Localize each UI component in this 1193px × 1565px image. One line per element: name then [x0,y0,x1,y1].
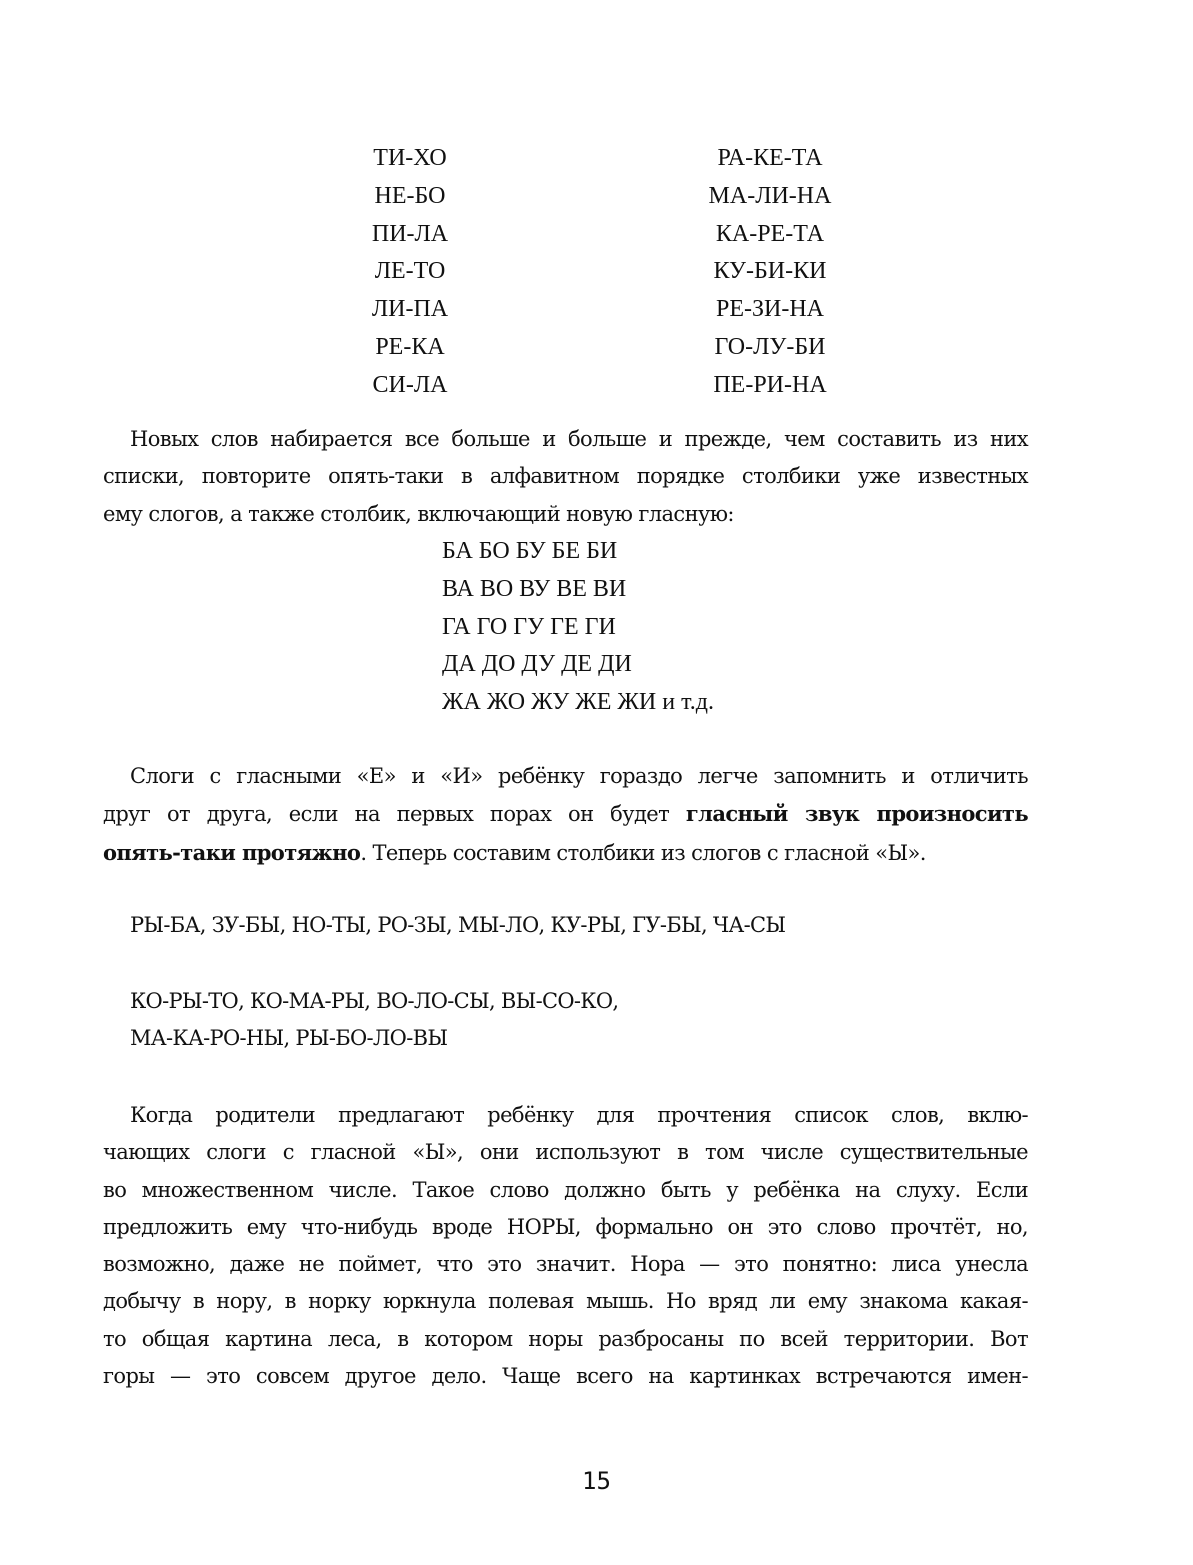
word-item: СИ-ЛА [310,367,510,405]
syllable-row: ЖА ЖО ЖУ ЖЕ ЖИ и т.д. [442,684,714,722]
syllable-table: БА БО БУ БЕ БИ ВА ВО ВУ ВЕ ВИ ГА ГО ГУ Г… [442,533,714,722]
text-line: Новых слов набирается все больше и больш… [103,421,1028,458]
word-item: ПИ-ЛА [310,216,510,254]
plain-text: . Теперь составим столбики из слогов с г… [360,841,926,865]
word-item: РЕ-КА [310,329,510,367]
example-words-line: МА-КА-РО-НЫ, РЫ-БО-ЛО-ВЫ [130,1020,447,1057]
paragraph-plural-nouns: Когда родители предлагают ребёнку для пр… [103,1097,1028,1395]
text-line: добычу в нору, в норку юркнула полевая м… [103,1283,1028,1320]
example-words-line: РЫ-БА, ЗУ-БЫ, НО-ТЫ, РО-ЗЫ, МЫ-ЛО, КУ-РЫ… [130,907,785,944]
word-item: КА-РЕ-ТА [620,216,920,254]
word-column-three-syllable: РА-КЕ-ТА МА-ЛИ-НА КА-РЕ-ТА КУ-БИ-КИ РЕ-З… [620,140,920,405]
bold-emphasis: опять-таки протяжно [103,840,360,865]
text-line: опять-таки протяжно. Теперь составим сто… [103,834,1028,872]
word-column-two-syllable: ТИ-ХО НЕ-БО ПИ-ЛА ЛЕ-ТО ЛИ-ПА РЕ-КА СИ-Л… [310,140,510,405]
syllable-row: БА БО БУ БЕ БИ [442,533,714,571]
word-item: РЕ-ЗИ-НА [620,291,920,329]
word-item: ГО-ЛУ-БИ [620,329,920,367]
bold-emphasis: гласный звук произносить [686,801,1028,826]
word-item: ПЕ-РИ-НА [620,367,920,405]
word-item: ТИ-ХО [310,140,510,178]
text-line: возможно, даже не поймет, что это значит… [103,1246,1028,1283]
text-line: Когда родители предлагают ребёнку для пр… [103,1097,1028,1134]
text-line: чающих слоги с гласной «Ы», они использу… [103,1134,1028,1171]
book-page: ТИ-ХО НЕ-БО ПИ-ЛА ЛЕ-ТО ЛИ-ПА РЕ-КА СИ-Л… [0,0,1193,1565]
text-line: списки, повторите опять-таки в алфавитно… [103,458,1028,495]
example-words-line: КО-РЫ-ТО, КО-МА-РЫ, ВО-ЛО-СЫ, ВЫ-СО-КО, [130,983,618,1020]
plain-text: друг от друга, если на первых порах он б… [103,802,686,826]
syllable-row: ГА ГО ГУ ГЕ ГИ [442,609,714,647]
text-line: друг от друга, если на первых порах он б… [103,795,1028,833]
page-number: 15 [0,1467,1193,1495]
paragraph-new-words: Новых слов набирается все больше и больш… [103,421,1028,533]
etc-text: и т.д. [662,689,714,715]
syllable-row: ВА ВО ВУ ВЕ ВИ [442,571,714,609]
text-line: то общая картина леса, в котором норы ра… [103,1321,1028,1358]
text-line: ему слогов, а также столбик, включающий … [103,496,1028,533]
word-item: КУ-БИ-КИ [620,253,920,291]
word-item: МА-ЛИ-НА [620,178,920,216]
word-item: НЕ-БО [310,178,510,216]
text-line: во множественном числе. Такое слово долж… [103,1172,1028,1209]
text-line: предложить ему что-нибудь вроде НОРЫ, фо… [103,1209,1028,1246]
syllable-row: ДА ДО ДУ ДЕ ДИ [442,646,714,684]
paragraph-vowels: Слоги с гласными «Е» и «И» ребёнку гораз… [103,758,1028,872]
syllable-row-text: ЖА ЖО ЖУ ЖЕ ЖИ [442,689,656,715]
word-item: РА-КЕ-ТА [620,140,920,178]
word-item: ЛЕ-ТО [310,253,510,291]
word-item: ЛИ-ПА [310,291,510,329]
text-line: Слоги с гласными «Е» и «И» ребёнку гораз… [103,758,1028,795]
text-line: горы — это совсем другое дело. Чаще всег… [103,1358,1028,1395]
